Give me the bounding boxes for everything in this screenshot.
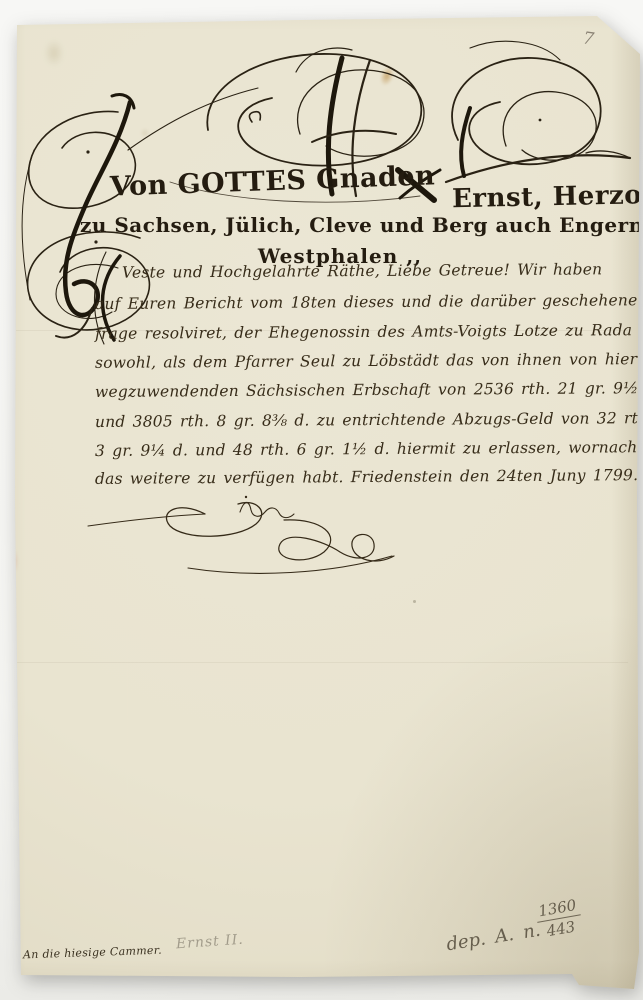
body-line: 3 gr. 9¼ d. und 48 rth. 6 gr. 1½ d. hier… [95,438,643,460]
body-line: sowohl, als dem Pfarrer Seul zu Löbstädt… [95,350,637,372]
header-territories-line: zu Sachsen, Jülich, Cleve und Berg auch … [80,213,600,237]
foxing-spot [40,34,68,72]
registry-shelfmark-label: dep. A. n. [445,920,542,956]
pencil-attribution-note: Ernst II. [176,932,245,953]
edge-smudge [13,546,19,576]
paper-shadow: 7 Von GOTTES Gnaden Ernst, Herzog. zu Sa… [0,0,643,1000]
fold-crease [16,662,628,663]
calligraphic-flourish-ornament [0,0,643,1000]
manuscript-page: 7 Von GOTTES Gnaden Ernst, Herzog. zu Sa… [0,0,643,1000]
header-ruler-name: Ernst, Herzog. [452,180,643,215]
body-line: frage resolviret, der Ehegenossin des Am… [95,321,632,343]
registry-number: 1360 443 [534,895,584,941]
header-invocation: Von GOTTES Gnaden [110,160,436,202]
body-line: Veste und Hochgelahrte Räthe, Liebe Getr… [122,260,602,281]
body-line: das weitere zu verfügen habt. Friedenste… [95,466,638,488]
body-line: und 3805 rth. 8 gr. 8⅜ d. zu entrichtend… [95,409,643,431]
paper-speck [413,600,416,603]
scan-background: 7 Von GOTTES Gnaden Ernst, Herzog. zu Sa… [0,0,643,1000]
body-line: wegzuwendenden Sächsischen Erbschaft von… [95,379,643,401]
ink-stain [374,60,400,92]
body-line: auf Euren Bericht vom 18ten dieses und d… [95,291,643,313]
signature-flourish [0,0,643,1000]
address-note: An die hiesige Cammer. [23,944,162,962]
foxing-spot [138,126,152,140]
folio-number: 7 [582,28,596,49]
